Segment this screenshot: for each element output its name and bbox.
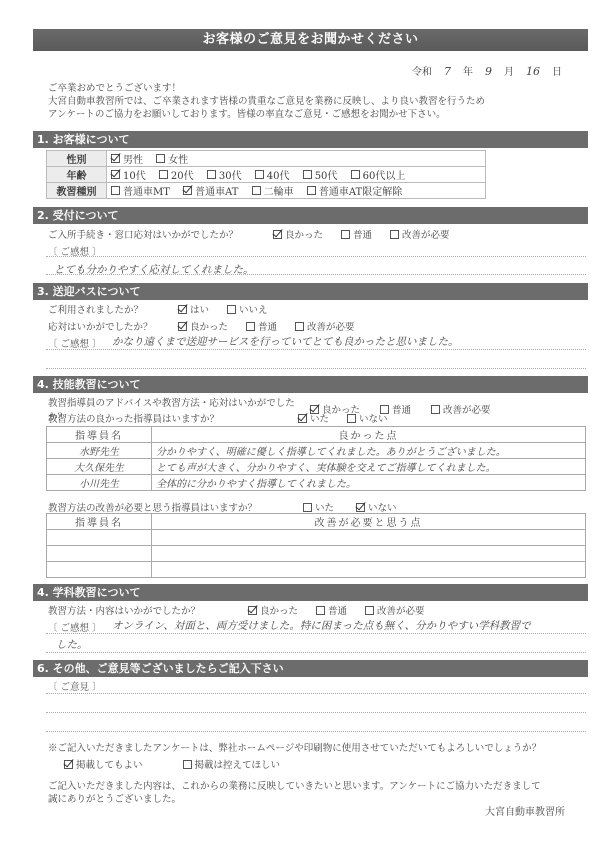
checkbox-icon[interactable] xyxy=(183,760,192,769)
classroom-question-row: 教習方法・内容はいかがでしたか？ 良かった 普通 改善が必要 xyxy=(48,603,435,617)
good-points-cell[interactable]: とても声が大きく、分かりやすく、実体験を交えてご指導してくれました。 xyxy=(152,459,586,475)
good-points-cell[interactable]: 全体的に分かりやすく指導してくれました。 xyxy=(152,475,586,491)
improve-points-cell[interactable] xyxy=(152,546,586,562)
option-label: 女性 xyxy=(168,151,188,166)
option-label: 二輪車 xyxy=(264,183,294,198)
course-option-motorcycle[interactable]: 二輪車 xyxy=(252,183,294,198)
customer-info-table: 性別 男性 女性 年齢 10代 20代 30代 40代 50代 60代以上 教習… xyxy=(46,150,486,199)
section-other-comments-header: 6. その他、ご意見等ございましたらご記入下さい xyxy=(33,660,588,677)
option-label: 40代 xyxy=(267,167,290,182)
option-label: 普通車AT限定解除 xyxy=(319,183,402,198)
publish-question: ※ご記入いただきましたアンケートは、弊社ホームページや印刷物に使用させていただい… xyxy=(48,742,541,755)
table-row: 小川先生 全体的に分かりやすく指導してくれました。 xyxy=(47,475,586,491)
improve-instructor-no[interactable]: いない xyxy=(356,500,397,514)
other-comment-line[interactable] xyxy=(46,731,586,732)
checkbox-icon[interactable] xyxy=(431,405,440,414)
section-customer-header: 1. お客様について xyxy=(33,131,588,148)
date-year-field[interactable]: 7 xyxy=(444,65,451,78)
option-label: 良かった xyxy=(285,227,323,241)
instructor-advice-improve[interactable]: 改善が必要 xyxy=(431,402,491,416)
option-label: 普通車AT xyxy=(195,183,238,198)
checkbox-icon[interactable] xyxy=(159,170,168,179)
date: 令和 7 年 9 月 16 日 xyxy=(412,63,562,78)
checkbox-icon[interactable] xyxy=(246,322,255,331)
checkbox-checked-icon[interactable] xyxy=(183,186,192,195)
improve-instructor-row: 教習方法の改善が必要と思う指導員はいますか？ いた いない xyxy=(48,500,407,514)
reception-option-improve[interactable]: 改善が必要 xyxy=(390,227,450,241)
age-row: 年齢 10代 20代 30代 40代 50代 60代以上 xyxy=(47,167,486,183)
option-label: 良かった xyxy=(190,319,228,333)
closing-line: ご記入いただきました内容は、これからの業務に反映していきたいと思います。アンケー… xyxy=(48,780,541,793)
checkbox-icon[interactable] xyxy=(303,503,312,512)
age-label: 年齢 xyxy=(47,167,107,183)
ruled-line xyxy=(46,349,586,350)
table-row xyxy=(47,546,586,562)
checkbox-icon[interactable] xyxy=(307,186,316,195)
checkbox-icon[interactable] xyxy=(390,230,399,239)
age-option-30s[interactable]: 30代 xyxy=(207,167,242,182)
course-type-label: 教習種別 xyxy=(47,183,107,199)
gender-option-female[interactable]: 女性 xyxy=(156,151,188,166)
bus-service-normal[interactable]: 普通 xyxy=(246,319,277,333)
good-instructor-row: 教習方法の良かった指導員はいますか？ いた いない xyxy=(48,411,398,425)
intro-line: ご卒業おめでとうございます！ xyxy=(48,82,485,95)
checkbox-icon[interactable] xyxy=(351,170,360,179)
option-label: 改善が必要 xyxy=(307,319,355,333)
option-label: いない xyxy=(368,500,397,514)
checkbox-icon[interactable] xyxy=(365,606,374,615)
intro-line: アンケートのご協力をお願いしております。皆様の率直なご意見・ご感想をお聞かせ下さ… xyxy=(48,108,485,121)
section-shuttle-bus-header: 3. 送迎バスについて xyxy=(33,283,588,300)
reception-question-row: ご入所手続き・窓口応対はいかがでしたか？ 良かった 普通 改善が必要 xyxy=(48,227,460,241)
table-header-row: 指導員名 良かった点 xyxy=(47,427,586,443)
instructor-name-header: 指導員名 xyxy=(47,427,152,443)
checkbox-checked-icon[interactable] xyxy=(178,322,187,331)
instructor-name-cell[interactable] xyxy=(47,530,152,546)
bus-service-row: 応対はいかがでしたか？ 良かった 普通 改善が必要 xyxy=(48,319,365,333)
age-option-60s-plus[interactable]: 60代以上 xyxy=(351,167,406,182)
age-option-50s[interactable]: 50代 xyxy=(303,167,338,182)
option-label: 普通 xyxy=(353,227,372,241)
option-label: 改善が必要 xyxy=(377,603,425,617)
date-era: 令和 xyxy=(412,63,432,78)
checkbox-checked-icon[interactable] xyxy=(111,170,120,179)
signature: 大宮自動車教習所 xyxy=(485,803,565,818)
classroom-option-normal[interactable]: 普通 xyxy=(316,603,347,617)
classroom-comment-label: 〔 ご感想 〕 xyxy=(48,620,102,634)
option-label: 普通 xyxy=(258,319,277,333)
other-comment-label: 〔 ご意見 〕 xyxy=(48,679,102,693)
ruled-line xyxy=(46,368,586,369)
option-label: 掲載してもよい xyxy=(76,757,143,771)
option-label: いた xyxy=(315,500,334,514)
ruled-line xyxy=(46,256,586,257)
option-label: いた xyxy=(310,411,329,425)
checkbox-checked-icon[interactable] xyxy=(178,305,187,314)
date-month-field[interactable]: 9 xyxy=(485,65,492,78)
checkbox-checked-icon[interactable] xyxy=(111,154,120,163)
option-label: いない xyxy=(359,411,388,425)
section-classroom-lessons-header: 4. 学科教習について xyxy=(33,584,588,601)
option-label: 掲載は控えてほしい xyxy=(195,757,281,771)
checkbox-checked-icon[interactable] xyxy=(273,230,282,239)
other-comment-line[interactable] xyxy=(46,693,586,694)
checkbox-icon[interactable] xyxy=(207,170,216,179)
option-label: 10代 xyxy=(123,167,146,182)
course-option-mt[interactable]: 普通車MT xyxy=(111,183,170,198)
section-driving-lessons-header: 4. 技能教習について xyxy=(33,376,588,393)
bus-comment[interactable]: かなり遠くまで送迎サービスを行っていてとても良かったと思いました。 xyxy=(112,334,459,349)
course-option-at[interactable]: 普通車AT xyxy=(183,183,238,198)
checkbox-icon[interactable] xyxy=(347,414,356,423)
bus-usage-row: ご利用されましたか？ はい いいえ xyxy=(48,302,278,316)
date-day-field[interactable]: 16 xyxy=(526,65,540,78)
reception-option-normal[interactable]: 普通 xyxy=(341,227,372,241)
instructor-name-cell[interactable]: 水野先生 xyxy=(47,443,152,459)
classroom-comment-line-2[interactable]: した。 xyxy=(56,637,88,652)
bus-usage-yes[interactable]: はい xyxy=(178,302,209,316)
table-header-row: 指導員名 改善が必要と思う点 xyxy=(47,514,586,530)
gender-row: 性別 男性 女性 xyxy=(47,151,486,167)
good-instructor-no[interactable]: いない xyxy=(347,411,388,425)
bus-usage-no[interactable]: いいえ xyxy=(227,302,268,316)
improve-points-cell[interactable] xyxy=(152,530,586,546)
bus-service-question: 応対はいかがでしたか？ xyxy=(48,319,178,333)
table-row: 大久保先生 とても声が大きく、分かりやすく、実体験を交えてご指導してくれました。 xyxy=(47,459,586,475)
reception-option-good[interactable]: 良かった xyxy=(273,227,323,241)
ruled-line xyxy=(46,652,586,653)
date-day-label: 日 xyxy=(552,63,562,78)
good-instructor-table: 指導員名 良かった点 水野先生 分かりやすく、明確に優しく指導してくれました。あ… xyxy=(46,426,586,491)
option-label: 普通 xyxy=(328,603,347,617)
option-label: 50代 xyxy=(315,167,338,182)
instructor-name-cell[interactable]: 小川先生 xyxy=(47,475,152,491)
option-label: 20代 xyxy=(171,167,194,182)
improve-instructor-yes[interactable]: いた xyxy=(303,500,334,514)
checkbox-icon[interactable] xyxy=(303,170,312,179)
option-label: 普通車MT xyxy=(123,183,170,198)
table-row xyxy=(47,562,586,578)
course-option-at-limit-removal[interactable]: 普通車AT限定解除 xyxy=(307,183,402,198)
option-label: 改善が必要 xyxy=(443,402,491,416)
improve-points-cell[interactable] xyxy=(152,562,586,578)
page-title: お客様のご意見をお聞かせください xyxy=(33,29,588,51)
checkbox-icon[interactable] xyxy=(111,186,120,195)
checkbox-icon[interactable] xyxy=(156,154,165,163)
option-label: 男性 xyxy=(123,151,143,166)
bus-service-good[interactable]: 良かった xyxy=(178,319,228,333)
date-month-label: 月 xyxy=(504,63,514,78)
good-instructor-yes[interactable]: いた xyxy=(298,411,329,425)
bus-service-improve[interactable]: 改善が必要 xyxy=(295,319,355,333)
checkbox-checked-icon[interactable] xyxy=(356,503,365,512)
publish-option-decline[interactable]: 掲載は控えてほしい xyxy=(183,757,281,771)
instructor-name-cell[interactable] xyxy=(47,562,152,578)
good-points-header: 良かった点 xyxy=(152,427,586,443)
age-option-10s[interactable]: 10代 xyxy=(111,167,146,182)
gender-label: 性別 xyxy=(47,151,107,167)
improve-instructor-question: 教習方法の改善が必要と思う指導員はいますか？ xyxy=(48,500,303,514)
other-comment-line[interactable] xyxy=(46,712,586,713)
closing-text: ご記入いただきました内容は、これからの業務に反映していきたいと思います。アンケー… xyxy=(48,780,541,806)
table-row: 水野先生 分かりやすく、明確に優しく指導してくれました。ありがとうございました。 xyxy=(47,443,586,459)
section-reception-header: 2. 受付について xyxy=(33,207,588,224)
publish-option-allow[interactable]: 掲載してもよい xyxy=(64,757,143,771)
checkbox-icon[interactable] xyxy=(252,186,261,195)
ruled-line xyxy=(46,633,586,634)
checkbox-icon[interactable] xyxy=(227,305,236,314)
checkbox-checked-icon[interactable] xyxy=(248,606,257,615)
classroom-option-good[interactable]: 良かった xyxy=(248,603,298,617)
classroom-option-improve[interactable]: 改善が必要 xyxy=(365,603,425,617)
instructor-name-cell[interactable]: 大久保先生 xyxy=(47,459,152,475)
gender-option-male[interactable]: 男性 xyxy=(111,151,143,166)
publish-options-row: 掲載してもよい 掲載は控えてほしい xyxy=(64,757,290,771)
improve-points-header: 改善が必要と思う点 xyxy=(152,514,586,530)
instructor-name-header: 指導員名 xyxy=(47,514,152,530)
option-label: はい xyxy=(190,302,209,316)
reception-question: ご入所手続き・窓口応対はいかがでしたか？ xyxy=(48,227,273,241)
checkbox-icon[interactable] xyxy=(255,170,264,179)
classroom-comment-line-1[interactable]: オンライン、対面と、両方受けました。特に困まった点も無く、分かりやすい学科教習で xyxy=(112,618,531,633)
option-label: 良かった xyxy=(260,603,298,617)
bus-usage-question: ご利用されましたか？ xyxy=(48,302,178,316)
checkbox-icon[interactable] xyxy=(295,322,304,331)
ruled-line xyxy=(46,274,586,275)
age-option-20s[interactable]: 20代 xyxy=(159,167,194,182)
option-label: いいえ xyxy=(239,302,268,316)
checkbox-icon[interactable] xyxy=(316,606,325,615)
date-year-label: 年 xyxy=(463,63,473,78)
classroom-question: 教習方法・内容はいかがでしたか？ xyxy=(48,603,248,617)
checkbox-checked-icon[interactable] xyxy=(64,760,73,769)
checkbox-icon[interactable] xyxy=(341,230,350,239)
improve-instructor-table: 指導員名 改善が必要と思う点 xyxy=(46,513,586,578)
good-points-cell[interactable]: 分かりやすく、明確に優しく指導してくれました。ありがとうございました。 xyxy=(152,443,586,459)
good-instructor-question: 教習方法の良かった指導員はいますか？ xyxy=(48,411,298,425)
option-label: 30代 xyxy=(219,167,242,182)
table-row xyxy=(47,530,586,546)
course-type-row: 教習種別 普通車MT 普通車AT 二輪車 普通車AT限定解除 xyxy=(47,183,486,199)
checkbox-checked-icon[interactable] xyxy=(298,414,307,423)
age-option-40s[interactable]: 40代 xyxy=(255,167,290,182)
bus-comment-label: 〔 ご感想 〕 xyxy=(48,336,102,350)
option-label: 改善が必要 xyxy=(402,227,450,241)
intro-line: 大宮自動車教習所では、ご卒業されます皆様の貴重なご意見を業務に反映し、より良い教… xyxy=(48,95,485,108)
intro-text: ご卒業おめでとうございます！ 大宮自動車教習所では、ご卒業されます皆様の貴重なご… xyxy=(48,82,485,121)
instructor-name-cell[interactable] xyxy=(47,546,152,562)
closing-line: 誠にありがとうございました。 xyxy=(48,793,541,806)
option-label: 60代以上 xyxy=(363,167,406,182)
